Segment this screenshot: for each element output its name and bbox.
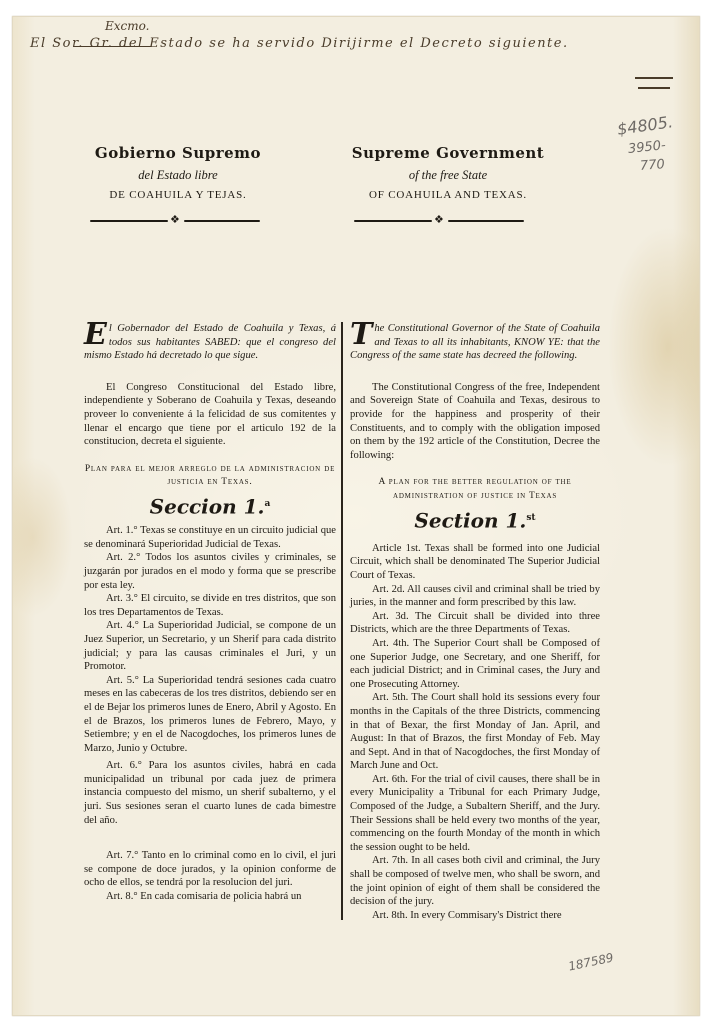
article-1: Art. 1.° Texas se constituye en un circu… — [84, 524, 336, 551]
article-5: Art. 5th. The Court shall hold its sessi… — [350, 691, 600, 773]
article-1: Article 1st. Texas shall be formed into … — [350, 542, 600, 583]
handwritten-header-line: El Sor. Gr. del Estado se ha servido Dir… — [30, 36, 569, 51]
article-7: Art. 7th. In all cases both civil and cr… — [350, 854, 600, 908]
preamble-paragraph: The Constitutional Congress of the free,… — [350, 381, 600, 463]
drop-cap: E — [84, 322, 107, 348]
drop-cap: T — [350, 322, 372, 348]
plan-heading: Plan para el mejor arreglo de la adminis… — [84, 463, 336, 490]
plan-heading: A plan for the better regulation of the … — [350, 476, 600, 503]
preamble-paragraph: El Congreso Constitucional del Estado li… — [84, 381, 336, 449]
ornament-icon: ❖ — [170, 213, 180, 226]
header-spanish: Gobierno Supremo del Estado libre DE COA… — [58, 144, 298, 201]
article-8: Art. 8th. In every Commisary's District … — [350, 909, 600, 923]
article-2: Art. 2.° Todos los asuntos civiles y cri… — [84, 551, 336, 592]
ornament-divider: ❖ — [90, 216, 260, 226]
intro-paragraph: The Constitutional Governor of the State… — [350, 322, 600, 363]
english-column: The Constitutional Governor of the State… — [350, 322, 600, 922]
header-subtitle: del Estado libre — [58, 168, 298, 183]
handwritten-dash-mark — [635, 77, 673, 79]
strikethrough-mark — [73, 46, 151, 47]
column-divider — [341, 322, 343, 920]
article-8: Art. 8.° En cada comisaria de policia ha… — [84, 890, 336, 904]
article-2: Art. 2d. All causes civil and criminal s… — [350, 583, 600, 610]
spanish-column: El Gobernador del Estado de Coahuila y T… — [84, 322, 336, 904]
ornament-icon: ❖ — [434, 213, 444, 226]
header-state: DE COAHUILA Y TEJAS. — [58, 189, 298, 201]
header-english: Supreme Government of the free State OF … — [328, 144, 568, 201]
article-5: Art. 5.° La Superioridad tendrá sesiones… — [84, 674, 336, 756]
article-6: Art. 6.° Para los asuntos civiles, habrá… — [84, 759, 336, 827]
header-subtitle: of the free State — [328, 168, 568, 183]
section-heading: Seccion 1.a — [84, 498, 336, 514]
article-3: Art. 3d. The Circuit shall be divided in… — [350, 610, 600, 637]
pencil-number-note: 770 — [640, 157, 666, 174]
article-3: Art. 3.° El circuito, se divide en tres … — [84, 592, 336, 619]
handwritten-excmo: Excmo. — [105, 19, 149, 33]
section-heading: Section 1.st — [350, 512, 600, 528]
article-6: Art. 6th. For the trial of civil causes,… — [350, 773, 600, 855]
header-state: OF COAHUILA AND TEXAS. — [328, 189, 568, 201]
intro-paragraph: El Gobernador del Estado de Coahuila y T… — [84, 322, 336, 363]
header-title: Gobierno Supremo — [58, 144, 298, 162]
ornament-divider: ❖ — [354, 216, 524, 226]
handwritten-dash-mark — [638, 87, 670, 89]
article-7: Art. 7.° Tanto en lo criminal como en lo… — [84, 849, 336, 890]
article-4: Art. 4.° La Superioridad Judicial, se co… — [84, 619, 336, 673]
header-title: Supreme Government — [328, 144, 568, 162]
article-4: Art. 4th. The Superior Court shall be Co… — [350, 637, 600, 691]
